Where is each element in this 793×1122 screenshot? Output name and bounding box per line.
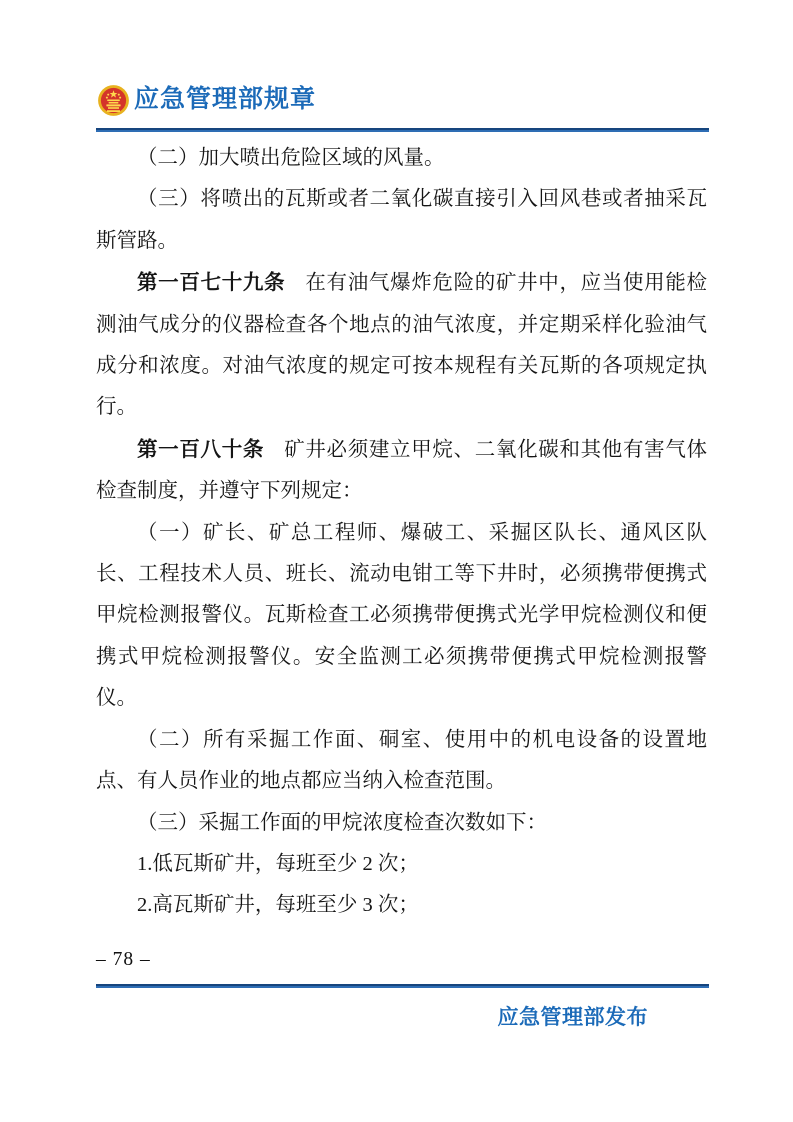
paragraph: （二）加大喷出危险区域的风量。 bbox=[96, 138, 707, 179]
paragraph-text: （二）所有采掘工作面、硐室、使用中的机电设备的设置地点、有人员作业的地点都应当纳… bbox=[96, 729, 707, 792]
paragraph: 2.高瓦斯矿井，每班至少 3 次； bbox=[96, 885, 707, 926]
paragraph-text: （二）加大喷出危险区域的风量。 bbox=[137, 147, 445, 169]
paragraph-text: 2.高瓦斯矿井，每班至少 3 次； bbox=[137, 894, 419, 916]
paragraph: （三）采掘工作面的甲烷浓度检查次数如下： bbox=[96, 803, 707, 844]
document-page: 应急管理部规章 （二）加大喷出危险区域的风量。（三）将喷出的瓦斯或者二氧化碳直接… bbox=[0, 0, 793, 1122]
paragraph-text: （一）矿长、矿总工程师、爆破工、采掘区队长、通风区队长、工程技术人员、班长、流动… bbox=[96, 522, 707, 710]
footer-divider bbox=[96, 984, 709, 988]
page-header: 应急管理部规章 bbox=[96, 82, 709, 122]
document-body: （二）加大喷出危险区域的风量。（三）将喷出的瓦斯或者二氧化碳直接引入回风巷或者抽… bbox=[96, 138, 707, 927]
paragraph: （一）矿长、矿总工程师、爆破工、采掘区队长、通风区队长、工程技术人员、班长、流动… bbox=[96, 513, 707, 720]
paragraph: （三）将喷出的瓦斯或者二氧化碳直接引入回风巷或者抽采瓦斯管路。 bbox=[96, 179, 707, 262]
paragraph: （二）所有采掘工作面、硐室、使用中的机电设备的设置地点、有人员作业的地点都应当纳… bbox=[96, 720, 707, 803]
paragraph: 1.低瓦斯矿井，每班至少 2 次； bbox=[96, 844, 707, 885]
paragraph: 第一百七十九条在有油气爆炸危险的矿井中，应当使用能检测油气成分的仪器检查各个地点… bbox=[96, 262, 707, 429]
paragraph: 第一百八十条矿井必须建立甲烷、二氧化碳和其他有害气体检查制度，并遵守下列规定： bbox=[96, 429, 707, 513]
paragraph-text: 1.低瓦斯矿井，每班至少 2 次； bbox=[137, 853, 419, 875]
publisher-label: 应急管理部发布 bbox=[498, 1003, 649, 1033]
national-emblem-icon bbox=[97, 84, 130, 117]
article-number: 第一百八十条 bbox=[137, 438, 264, 461]
header-divider bbox=[96, 128, 709, 132]
paragraph-text: （三）将喷出的瓦斯或者二氧化碳直接引入回风巷或者抽采瓦斯管路。 bbox=[96, 188, 707, 251]
paragraph-text: （三）采掘工作面的甲烷浓度检查次数如下： bbox=[137, 812, 547, 834]
page-number: – 78 – bbox=[96, 946, 151, 974]
page-title: 应急管理部规章 bbox=[134, 84, 316, 114]
article-number: 第一百七十九条 bbox=[137, 271, 285, 294]
